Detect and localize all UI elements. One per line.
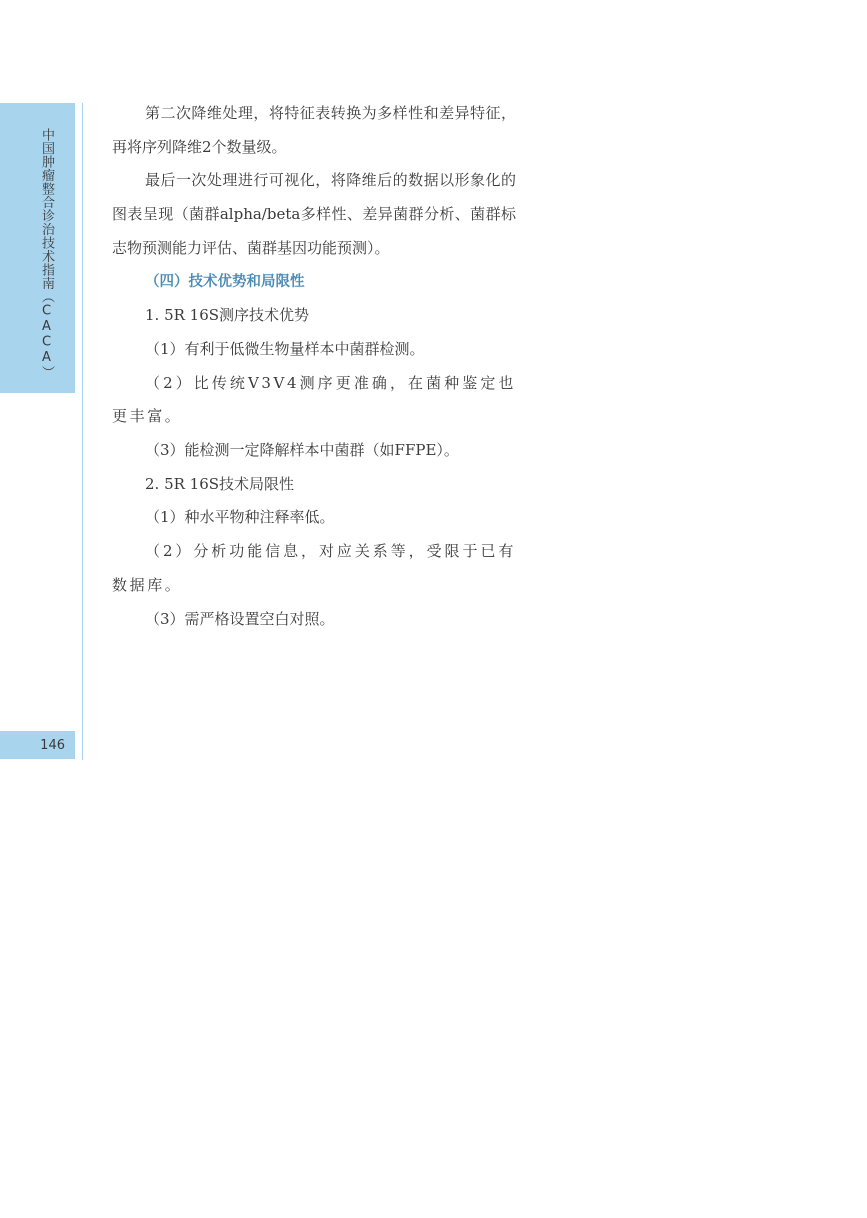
list-item: （3）需严格设置空白对照。: [112, 603, 516, 637]
paragraph: 第二次降维处理，将特征表转换为多样性和差异特征，再将序列降维2个数量级。: [112, 97, 516, 164]
list-item: （2）比传统V3V4测序更准确，在菌种鉴定也更丰富。: [112, 367, 516, 434]
page-number-box: 146: [0, 731, 75, 759]
page-body: 第二次降维处理，将特征表转换为多样性和差异特征，再将序列降维2个数量级。 最后一…: [112, 97, 516, 636]
list-item: （2）分析功能信息，对应关系等，受限于已有数据库。: [112, 535, 516, 602]
section-heading: （四）技术优势和局限性: [112, 266, 516, 300]
subsection-title-advantages: 1. 5R 16S测序技术优势: [112, 299, 516, 333]
subsection-title-limitations: 2. 5R 16S技术局限性: [112, 468, 516, 502]
list-item: （1）种水平物种注释率低。: [112, 501, 516, 535]
book-title: 中国肿瘤整合诊治技术指南（CACA）: [34, 128, 54, 379]
list-item: （3）能检测一定降解样本中菌群（如FFPE）。: [112, 434, 516, 468]
margin-divider: [82, 103, 83, 760]
list-item: （1）有利于低微生物量样本中菌群检测。: [112, 333, 516, 367]
page-number: 146: [40, 738, 65, 753]
paragraph: 最后一次处理进行可视化，将降维后的数据以形象化的图表呈现（菌群alpha/bet…: [112, 164, 516, 265]
